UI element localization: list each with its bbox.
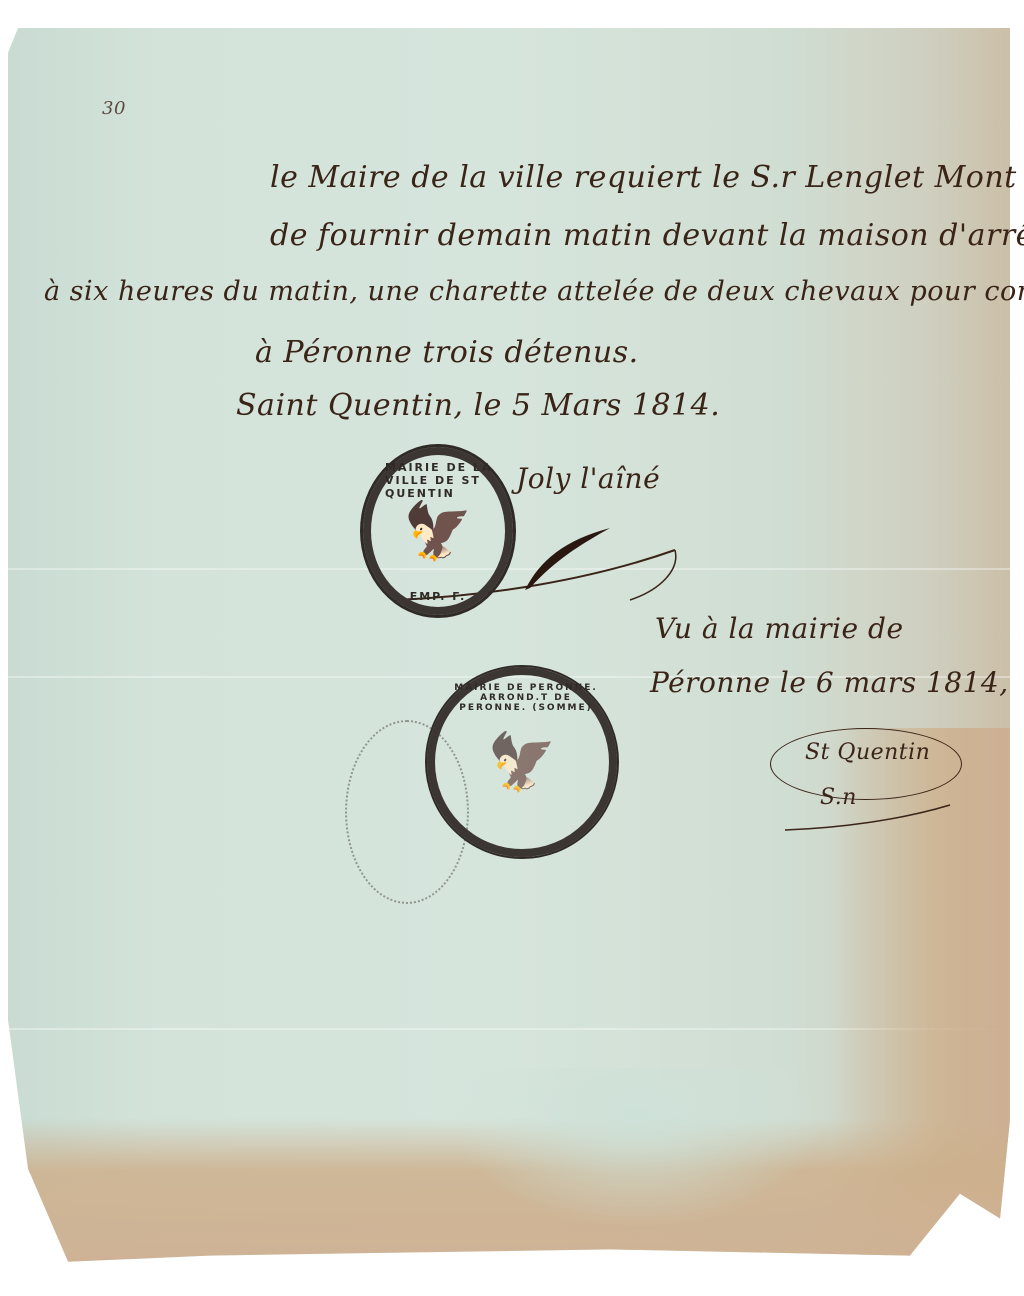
paper-patch <box>448 1068 828 1228</box>
seal-bottom-text: EMP. F. <box>410 590 467 603</box>
signature-joly: Joly l'aîné <box>516 462 660 495</box>
body-line-3: à six heures du matin, une charette atte… <box>44 276 1024 307</box>
body-line-1: le Maire de la ville requiert le S.r Len… <box>270 160 1017 195</box>
seal-saint-quentin: MAIRIE DE LA VILLE DE ST QUENTIN 🦅 EMP. … <box>360 444 516 618</box>
signature-st-quentin: St Quentin <box>805 740 930 765</box>
imperial-eagle-icon: 🦅 <box>487 729 557 795</box>
endorsement-line-1: Vu à la mairie de <box>655 612 904 645</box>
seal-text: MAIRIE DE PERONNE. ARROND.T DE PERONNE. … <box>451 683 601 713</box>
body-line-4: à Péronne trois détenus. <box>255 335 639 370</box>
endorsement-line-2: Péronne le 6 mars 1814, <box>650 666 1009 699</box>
faded-stamp <box>345 720 469 904</box>
seal-text: MAIRIE DE LA VILLE DE ST QUENTIN <box>385 461 513 500</box>
document-paper <box>8 28 1010 1268</box>
corner-mark: 30 <box>102 98 126 119</box>
body-line-2: de fournir demain matin devant la maison… <box>270 218 1024 253</box>
place-date: Saint Quentin, le 5 Mars 1814. <box>236 388 720 423</box>
signature-underline <box>780 800 960 840</box>
imperial-eagle-icon: 🦅 <box>403 498 473 564</box>
